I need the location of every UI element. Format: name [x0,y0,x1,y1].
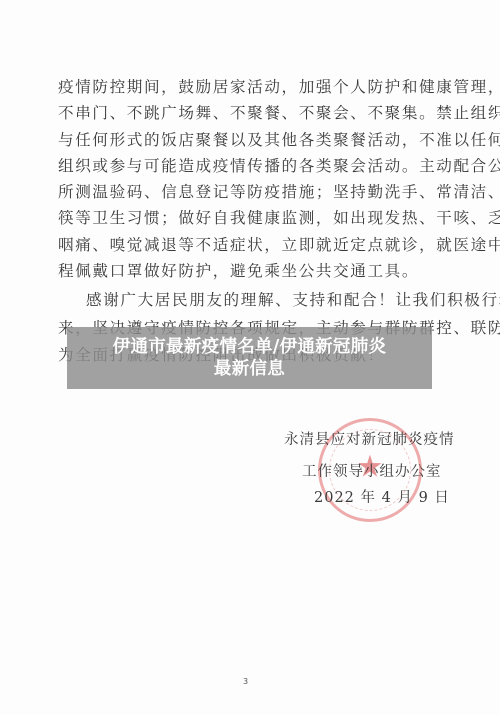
document-page: 疫情防控期间，鼓励居家活动，加强个人防护和健康管理，坚持 不串门、不跳广场舞、不… [0,0,500,715]
text-line: 与任何形式的饭店聚餐以及其他各类聚餐活动，不准以任何形式 [58,127,442,153]
text-line: 所测温验码、信息登记等防疫措施；坚持勤洗手、常清洁、用公 [58,179,442,205]
title-overlay-banner[interactable]: 伊通市最新疫情名单/伊通新冠肺炎 最新信息 [67,327,432,389]
banner-title-line1: 伊通市最新疫情名单/伊通新冠肺炎 [113,336,387,358]
text-line: 程佩戴口罩做好防护，避免乘坐公共交通工具。 [58,258,442,284]
paragraph-1: 疫情防控期间，鼓励居家活动，加强个人防护和健康管理，坚持 不串门、不跳广场舞、不… [58,74,442,284]
text-line: 筷等卫生习惯；做好自我健康监测，如出现发热、干咳、乏力、 [58,205,442,231]
signature-org-line1: 永清县应对新冠肺炎疫情 [284,428,455,449]
text-line: 感谢广大居民朋友的理解、支持和配合！让我们积极行动起 [58,287,458,315]
page-number: 3 [243,677,248,686]
signature-date: 2022 年 4 月 9 日 [314,486,450,507]
banner-title-line2: 最新信息 [214,358,285,380]
text-line: 咽痛、嗅觉减退等不适症状，立即就近定点就诊，就医途中要全 [58,232,442,258]
text-line: 疫情防控期间，鼓励居家活动，加强个人防护和健康管理，坚持 [58,74,442,100]
signature-org-line2: 工作领导小组办公室 [302,460,442,481]
text-line: 组织或参与可能造成疫情传播的各类聚会活动。主动配合公共场 [58,153,442,179]
text-line: 不串门、不跳广场舞、不聚餐、不聚会、不聚集。禁止组织或参 [58,100,442,126]
